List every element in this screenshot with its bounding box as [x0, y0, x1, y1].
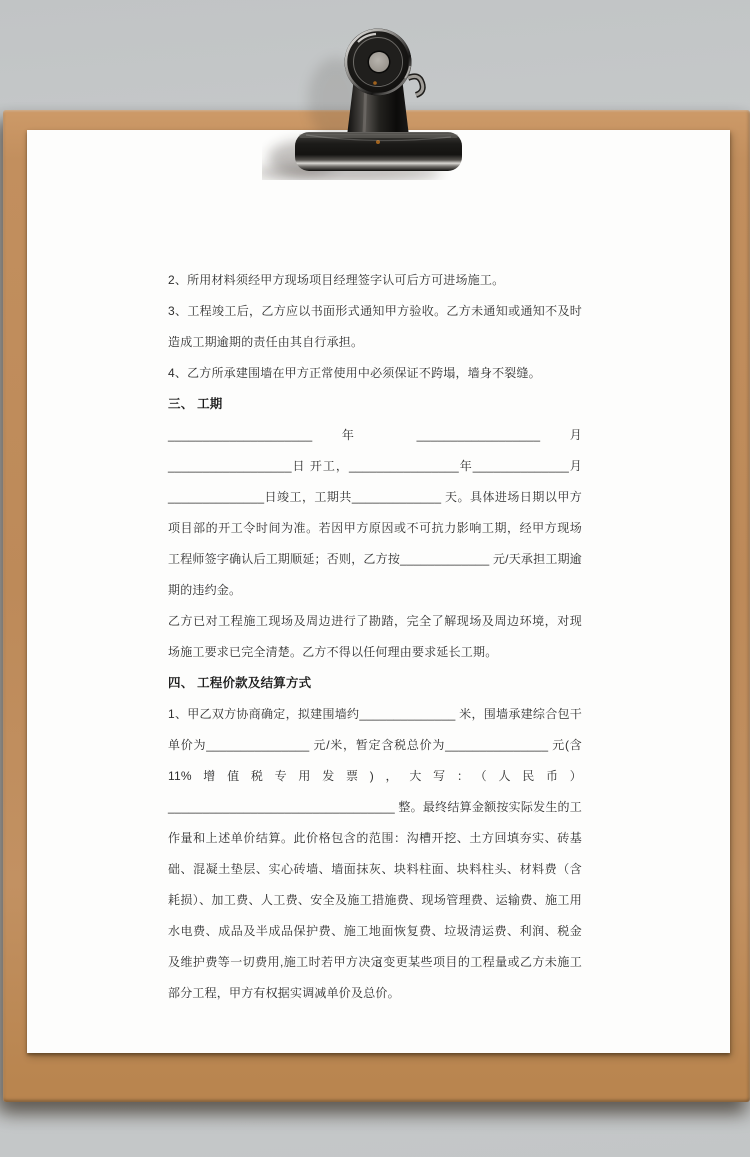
clip-ring — [345, 29, 412, 96]
clip-lever — [408, 76, 423, 95]
clipboard-board: 2、所用材料须经甲方现场项目经理签字认可后方可进场施工。 3、工程竣工后，乙方应… — [3, 110, 750, 1102]
binder-clip — [262, 8, 492, 180]
binder-clip-graphic — [262, 8, 492, 180]
wall-background: 2、所用材料须经甲方现场项目经理签字认可后方可进场施工。 3、工程竣工后，乙方应… — [0, 0, 750, 1157]
contract-body: 2、所用材料须经甲方现场项目经理签字认可后方可进场施工。 3、工程竣工后，乙方应… — [168, 265, 582, 1009]
clause-site-survey: 乙方已对工程施工现场及周边进行了勘踏，完全了解现场及周边环境，对现场施工要求已完… — [168, 606, 582, 668]
contract-page: 2、所用材料须经甲方现场项目经理签字认可后方可进场施工。 3、工程竣工后，乙方应… — [27, 130, 730, 1053]
clause-wall-warranty: 4、乙方所承建围墙在甲方正常使用中必须保证不跨塌，墙身不裂缝。 — [168, 358, 582, 389]
clause-completion-notice: 3、工程竣工后，乙方应以书面形式通知甲方验收。乙方未通知或通知不及时造成工期逾期… — [168, 296, 582, 358]
section-heading-price: 四、 工程价款及结算方式 — [168, 668, 582, 699]
section-heading-duration: 三、 工期 — [168, 389, 582, 420]
clause-duration-dates: _____________________年 _________________… — [168, 420, 582, 606]
clip-bar — [295, 132, 462, 171]
clause-material-approval: 2、所用材料须经甲方现场项目经理签字认可后方可进场施工。 — [168, 265, 582, 296]
page-number: 3 — [27, 956, 730, 972]
